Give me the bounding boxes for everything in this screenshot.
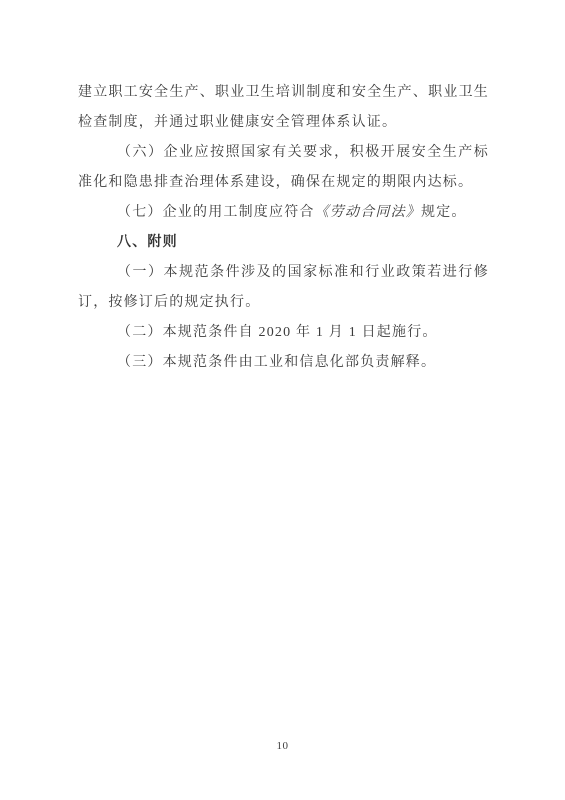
document-page: 建立职工安全生产、职业卫生培训制度和安全生产、职业卫生检查制度，并通过职业健康安… [0, 0, 565, 800]
page-footer: 10 [0, 736, 565, 754]
clause-6: （六）企业应按照国家有关要求，积极开展安全生产标准化和隐患排查治理体系建设，确保… [78, 138, 489, 198]
document-body: 建立职工安全生产、职业卫生培训制度和安全生产、职业卫生检查制度，并通过职业健康安… [78, 78, 489, 378]
page-number: 10 [277, 740, 289, 752]
clause-2: （二）本规范条件自 2020 年 1 月 1 日起施行。 [78, 318, 489, 348]
law-title: 《劳动合同法》 [315, 205, 421, 220]
clause-7-suffix: 规定。 [421, 205, 467, 220]
clause-1: （一）本规范条件涉及的国家标准和行业政策若进行修订，按修订后的规定执行。 [78, 258, 489, 318]
section-heading-appendix: 八、附则 [78, 228, 489, 258]
clause-7-prefix: （七）企业的用工制度应符合 [117, 205, 315, 220]
clause-3: （三）本规范条件由工业和信息化部负责解释。 [78, 348, 489, 378]
paragraph-continuation: 建立职工安全生产、职业卫生培训制度和安全生产、职业卫生检查制度，并通过职业健康安… [78, 78, 489, 138]
clause-7: （七）企业的用工制度应符合《劳动合同法》规定。 [78, 198, 489, 228]
